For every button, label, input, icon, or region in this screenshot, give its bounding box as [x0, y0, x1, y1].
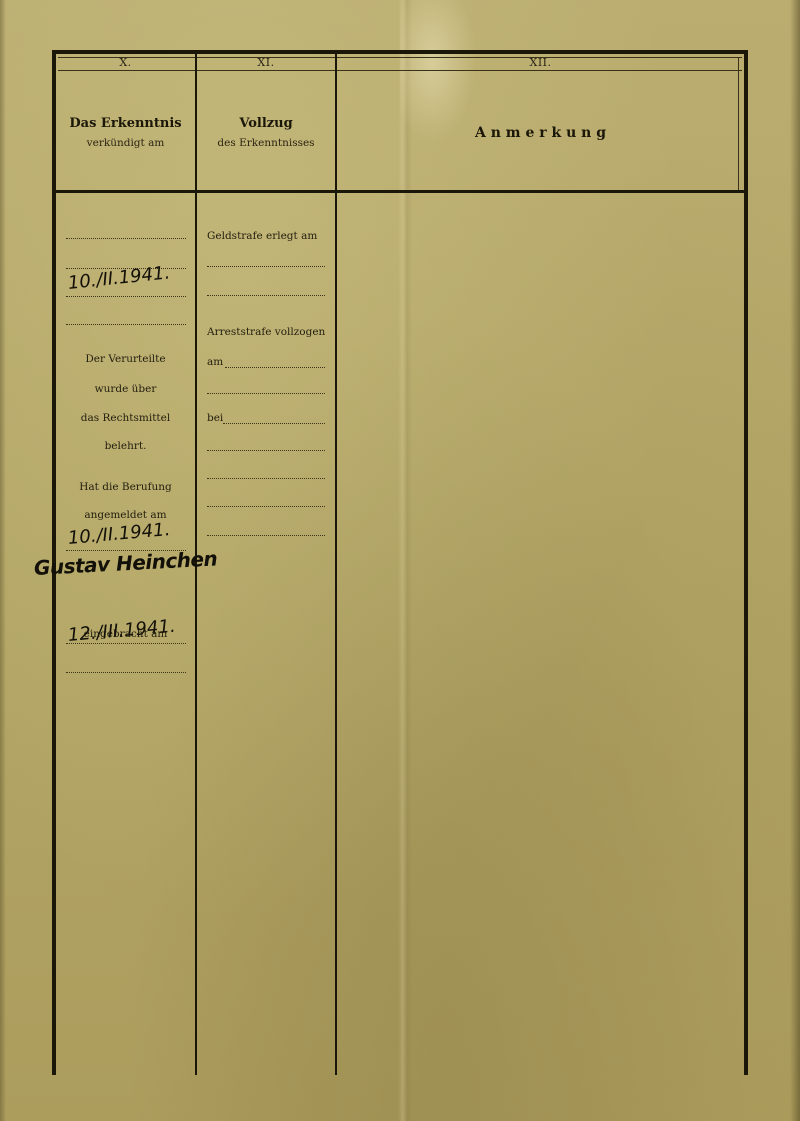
form-table: X. XI. XII. Das Erkenntnis verkündigt am…	[52, 50, 748, 1075]
label-fine-paid: Geldstrafe erlegt am	[207, 230, 317, 242]
label-appeal-line1: Hat die Berufung	[56, 481, 195, 493]
column-divider-2	[335, 54, 337, 1075]
column-title-erkenntnis: Das Erkenntnis	[56, 116, 195, 131]
label-by: bei	[207, 412, 223, 424]
table-border-right	[744, 50, 748, 1075]
label-detention-served: Arreststrafe vollzogen	[207, 326, 325, 338]
column-title-vollzug: Vollzug	[197, 116, 335, 131]
label-convicted-line2: wurde über	[56, 383, 195, 395]
blank-line	[66, 672, 186, 673]
table-border-top	[52, 50, 748, 54]
column-numeral-xii: XII.	[337, 55, 744, 70]
label-convicted-line4: belehrt.	[56, 440, 195, 452]
blank-line	[207, 450, 325, 451]
paper-edge-right	[790, 0, 800, 1121]
blank-line	[66, 296, 186, 297]
blank-line	[66, 238, 186, 239]
handwritten-submitted-date: 12./III.1941.	[67, 616, 176, 646]
blank-line	[225, 367, 325, 368]
column-numeral-xi: XI.	[197, 55, 335, 70]
blank-line	[207, 506, 325, 507]
paper-edge-left	[0, 0, 6, 1121]
column-numeral-x: X.	[56, 55, 195, 70]
blank-line	[207, 478, 325, 479]
blank-line	[207, 266, 325, 267]
column-subtitle-verkuendigt: verkündigt am	[56, 137, 195, 149]
handwritten-appeal-date: 10./II.1941.	[67, 519, 171, 549]
column-subtitle-erkenntnisses: des Erkenntnisses	[197, 137, 335, 149]
blank-line	[223, 423, 325, 424]
label-appeal-line2: angemeldet am	[56, 509, 195, 521]
blank-line	[207, 295, 325, 296]
label-convicted-line1: Der Verurteilte	[56, 353, 195, 365]
column-title-anmerkung: A n m e r k u n g	[337, 125, 744, 141]
blank-line	[207, 535, 325, 536]
header-row-divider	[52, 190, 748, 193]
blank-line	[207, 393, 325, 394]
label-convicted-line3: das Rechtsmittel	[56, 412, 195, 424]
handwritten-signature: Gustav Heinchen	[33, 546, 217, 580]
label-at: am	[207, 356, 223, 368]
numeral-row-divider	[58, 70, 742, 71]
blank-line	[66, 324, 186, 325]
blank-line	[66, 643, 186, 644]
